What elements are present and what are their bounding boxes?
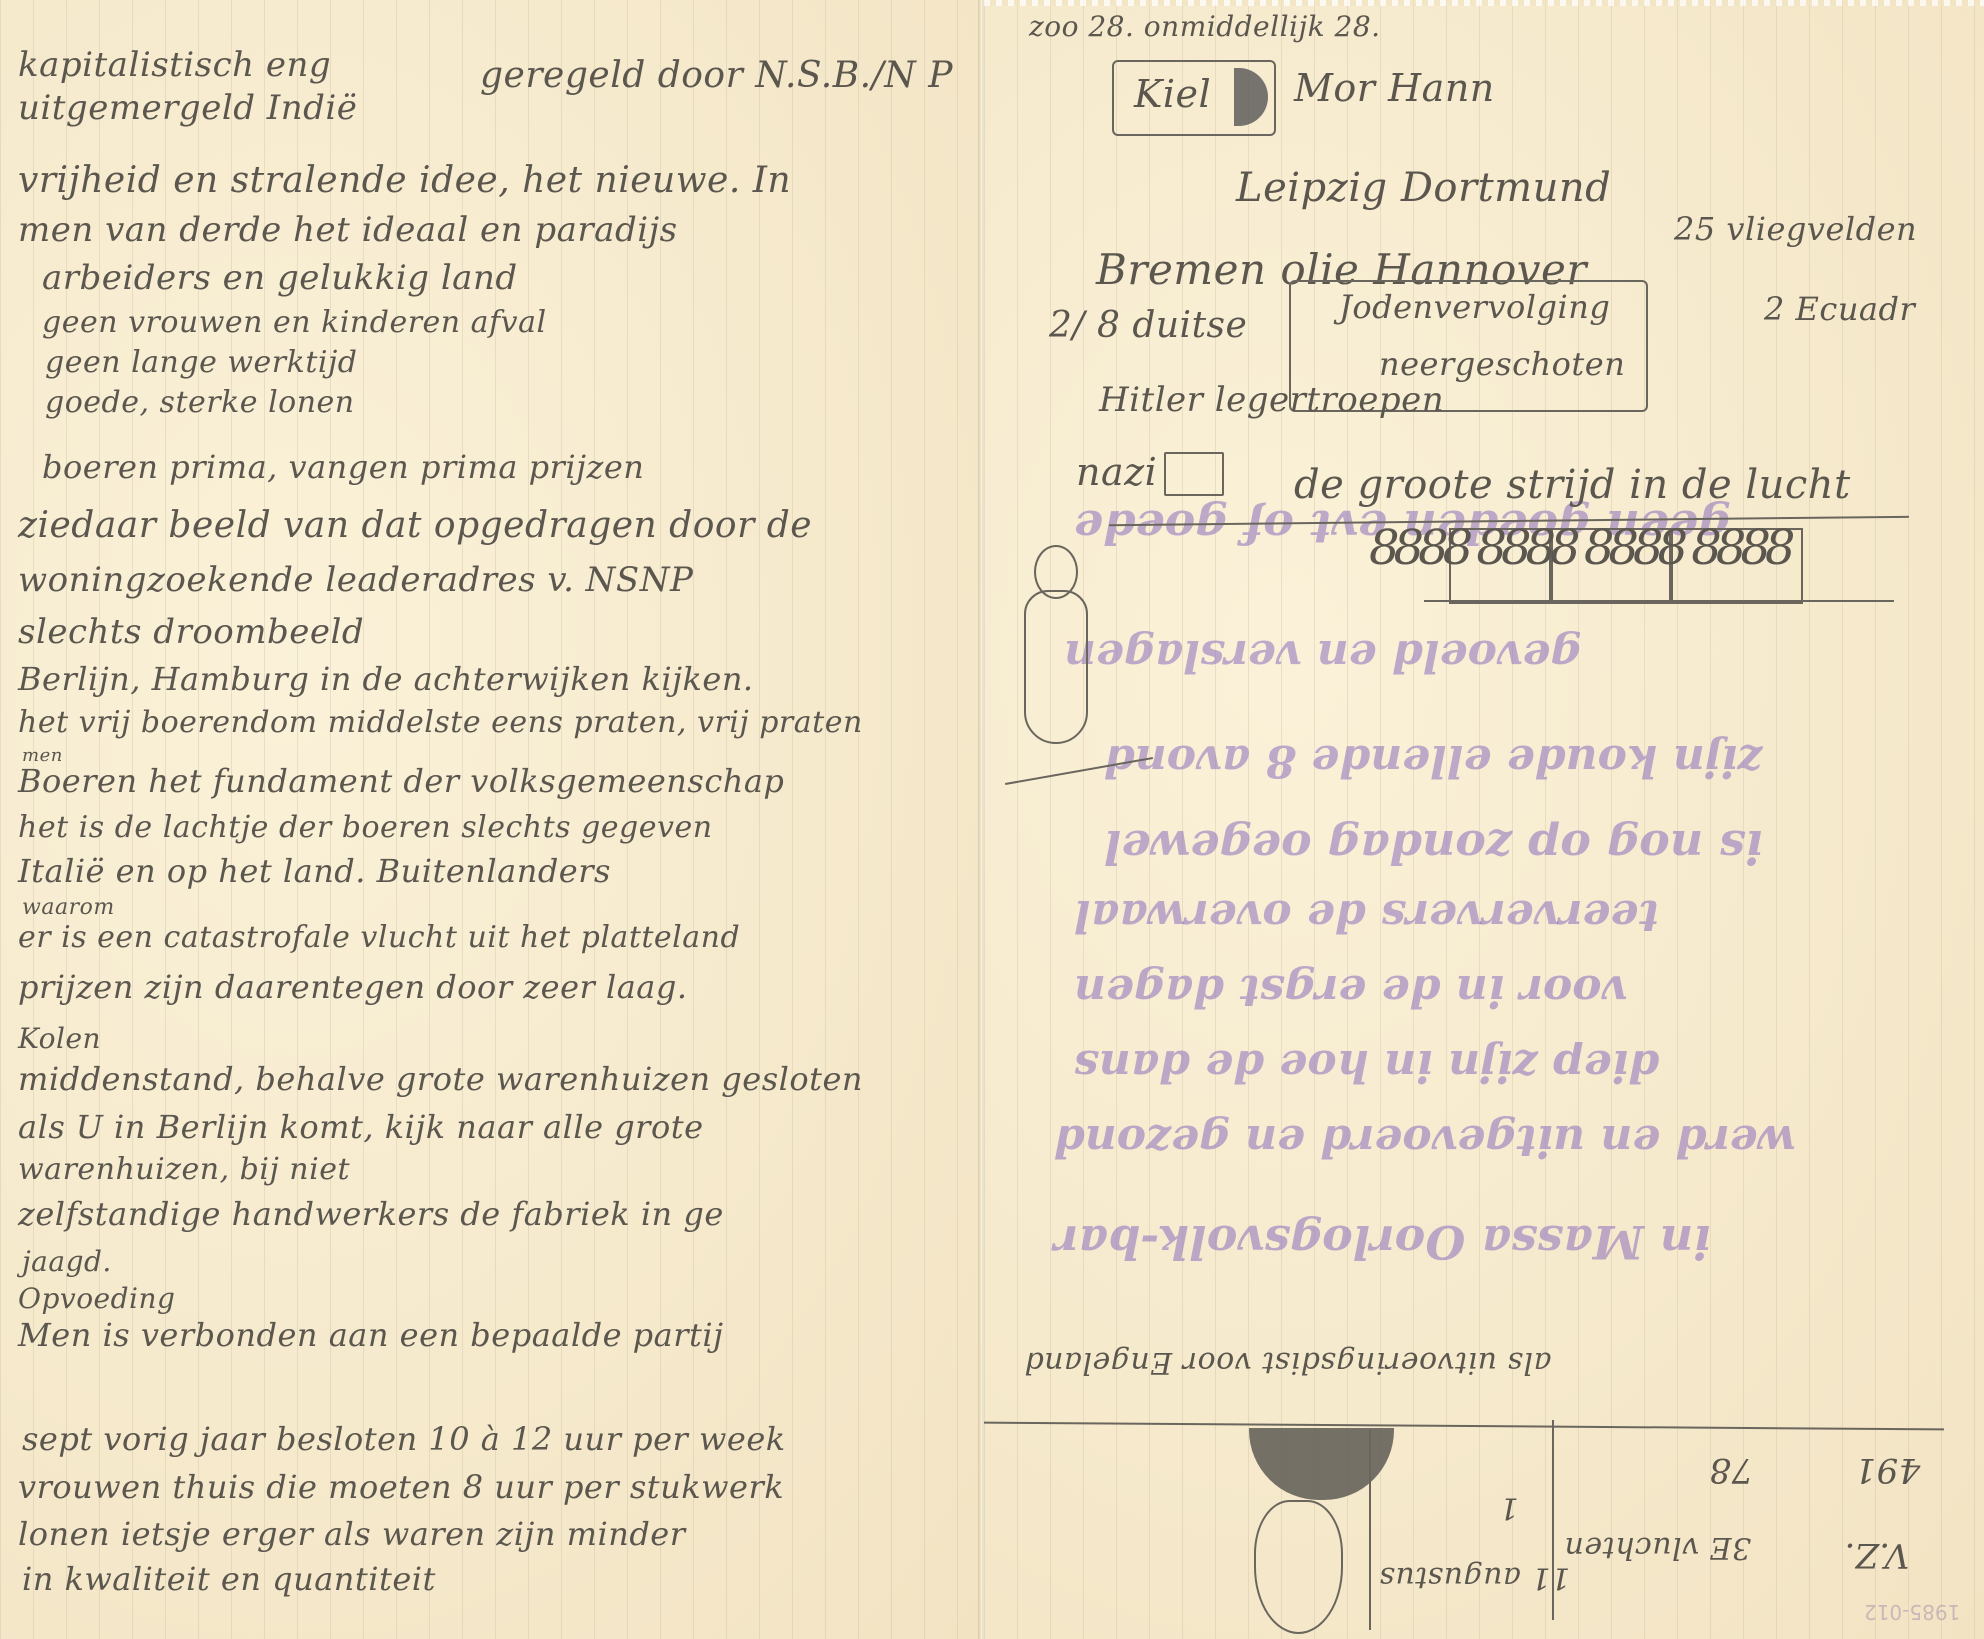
note-line: jaagd. [22,1245,112,1278]
margin-note: 491 [1854,1450,1920,1490]
note-line: sept vorig jaar besloten 10 à 12 uur per… [22,1420,786,1458]
drawn-head-sketch [1249,1428,1394,1500]
note-line: Men is verbonden aan een bepaalde partij [18,1316,724,1354]
note-line: geregeld door N.S.B./N P [480,55,953,96]
upside-down-note: als uitvoeringsdist voor Engeland [1024,1345,1551,1380]
note-line: Hitler legertroepen [1099,380,1444,420]
note-line: 2 Ecuadr [1764,290,1915,328]
note-line: vrijheid en stralende idee, het nieuwe. … [18,160,791,201]
note-line: lonen ietsje erger als waren zijn minder [18,1515,686,1553]
note-line: vrouwen thuis die moeten 8 uur per stukw… [18,1468,784,1506]
drawn-face-sketch [1254,1500,1343,1634]
note-line: neergeschoten [1379,345,1625,383]
note-line: Boeren het fundament der volksgemeenscha… [18,762,784,800]
bleed-through-line: werd en uitgevoerd en gezond [1054,1115,1796,1166]
bleed-through-line: in Massa Oorlogsvolk-bar [1054,1215,1711,1269]
note-line: Mor Hann [1294,66,1495,110]
note-line: Berlijn, Hamburg in de achterwijken kijk… [18,660,754,698]
bleed-through-line: zijn koude ellende 8 avond [1104,735,1762,786]
note-line: Jodenvervolging [1339,288,1610,326]
boxed-label: Kiel [1134,72,1211,116]
note-line: slechts droombeeld [18,612,364,652]
note-line: geen lange werktijd [45,345,357,380]
bombs-sketch: 8888 8888 8888 8888 [1369,520,1789,576]
margin-note: 78 [1709,1450,1753,1490]
note-line: zelfstandige handwerkers de fabriek in g… [18,1195,724,1233]
bleed-through-line: gevoeld en verslagen [1064,630,1581,681]
note-line: uitgemergeld Indië [18,88,357,128]
bleed-through-line: teerververs de overwaal [1074,890,1659,941]
note-line: prijzen zijn daarentegen door zeer laag. [18,968,688,1006]
note-line: goede, sterke lonen [45,385,355,420]
note-line: men van derde het ideaal en paradijs [18,210,678,250]
note-line: waarom [22,895,115,920]
note-line: het vrij boerendom middelste eens praten… [18,705,863,740]
note-line: er is een catastrofale vlucht uit het pl… [18,920,740,955]
note-line: nazi [1076,450,1157,494]
bleed-through-line: diep zijn in hoe de dans [1074,1040,1659,1091]
bleed-through-line: is nog op zondag oegewel [1104,820,1763,874]
left-page: kapitalistisch eng uitgemergeld Indië ge… [0,0,983,1639]
note-line: als U in Berlijn komt, kijk naar alle gr… [18,1108,704,1146]
bleed-through-line: voor in de ergst dagen [1074,965,1627,1016]
small-box-sketch [1164,452,1224,496]
note-line: warenhuizen, bij niet [18,1152,350,1187]
note-line: Leipzig Dortmund [1236,165,1611,211]
note-line: middenstand, behalve grote warenhuizen g… [18,1060,863,1098]
margin-note: 1 [1499,1490,1519,1525]
right-page: geen goeden evt of goede gevoeld en vers… [984,0,1984,1639]
archive-number: 1985-012 [1864,1600,1960,1624]
note-line: geen vrouwen en kinderen afval [42,305,547,340]
note-line: woningzoekende leaderadres v. NSNP [18,560,693,600]
note-line: de groote strijd in de lucht [1294,462,1851,508]
note-line: 25 vliegvelden [1674,210,1917,248]
note-line: het is de lachtje der boeren slechts geg… [18,810,713,845]
divider-line [984,1422,1944,1431]
figure-body-sketch [1024,590,1088,744]
note-line: ziedaar beeld van dat opgedragen door de [18,505,812,546]
note-line: Italië en op het land. Buitenlanders [18,852,611,890]
margin-note: 11 augustus [1379,1560,1570,1595]
page-header: zoo 28. onmiddellijk 28. [1029,10,1381,43]
margin-note: V.Z. [1844,1535,1909,1575]
note-line: Kolen [18,1022,101,1055]
margin-rule [1369,1430,1371,1630]
note-line: arbeiders en gelukkig land [42,258,518,298]
note-line: in kwaliteit en quantiteit [22,1560,436,1598]
note-line: boeren prima, vangen prima prijzen [42,448,644,486]
note-line: kapitalistisch eng [18,45,331,85]
note-line: 2/ 8 duitse [1049,305,1247,346]
margin-note: 3E vluchten [1564,1530,1751,1565]
note-line: Opvoeding [18,1282,175,1315]
